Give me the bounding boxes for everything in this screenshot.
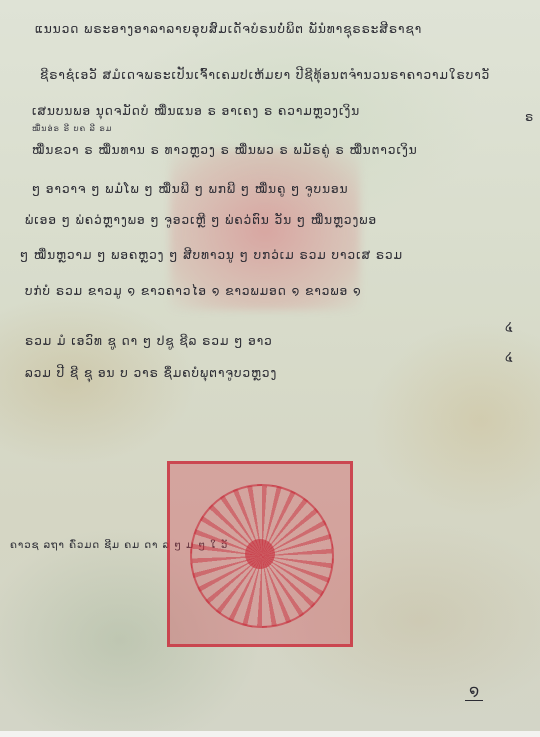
scan-edge (0, 731, 540, 737)
text-line-2: ຊີຣາຊໍເອວັ ສມໍເດຈພຣະເປັນເຈົ້າເຄມປເຫ້ມຍາ … (40, 68, 490, 82)
page-number: ໑ (465, 681, 483, 701)
margin-mark: ໔ (505, 350, 514, 364)
margin-mark: ໔ (505, 320, 514, 334)
text-line-7: ພ່ເອອ ໆ ພ່ຄວ່ຫຼາງພອ ໆ ຈູອວເຫຼີ ໆ ພ່ຄວ່ຕົ… (25, 213, 377, 227)
text-line-8: ໆ ໝື່ນຫຼວາມ ໆ ພອຄຫຼວງ ໆ ສີບທາວນູ ໆ ບກວ່ເ… (20, 248, 403, 262)
text-line-5: ໝື່ນຂວາ ຣ ໝື່ນທານ ຣ ທາວຫຼວງ ຣ ໝື່ນພວ ຣ ພ… (32, 143, 418, 157)
margin-mark: ຣ (525, 110, 534, 124)
text-line-3: ເສນບນພອ ນຸດຈມັດບໍ ໝື່ນແນອ ຣ ອາເຄງ ຣ ຄວາມ… (32, 104, 360, 118)
text-line-9: ບກ່ບໍ ຣວມ ຂາວມູ ໑ ຂາວຄາວໄອ ໑ ຂາວພມອດ ໑ ຂ… (25, 284, 362, 298)
text-line-4: ໝື່ນອ່ຣ ຣີ ບຄ ລີ ຣມ (32, 124, 112, 133)
text-line-10: ຣວມ ມໍ ເອວົທ ຊູ ດາ ໆ ປຊູ ຊີລ ຣວມ ໆ ອາວ (25, 334, 273, 348)
manuscript-page: ແນນວດ ພຣະອາງອາລາລາຍອຸບສົມເດັຈບໍຣນບໍ່ພິຕ … (0, 0, 540, 737)
seal-center (245, 539, 275, 569)
text-line-11: ລວມ ປີ ຊີ ຊຸ ອນ ບ ວາຣ ຊຶ່ມຄບໍພຸຕາຈູບວຫຼວ… (25, 366, 277, 380)
text-line-1: ແນນວດ ພຣະອາງອາລາລາຍອຸບສົມເດັຈບໍຣນບໍ່ພິຕ … (35, 22, 422, 36)
text-line-6: ໆ ອາວາຈ ໆ ພມໍໂພ ໆ ໝື່ນພີ ໆ ພກພີ ໆ ໝື່ນຄູ… (32, 182, 349, 196)
red-seal-stamp (167, 461, 353, 647)
